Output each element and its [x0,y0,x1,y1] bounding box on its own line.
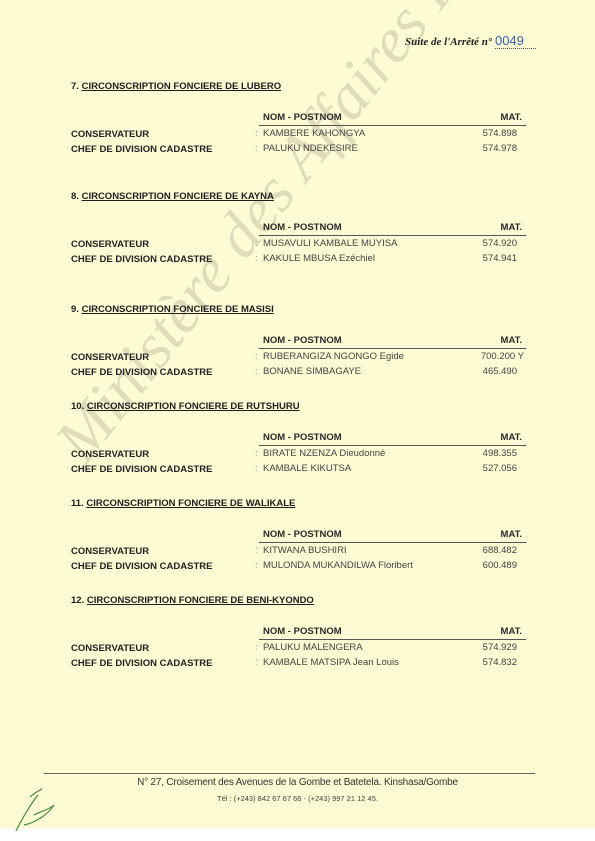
section-title: 9. CIRCONSCRIPTION FONCIERE DE MASISI [71,304,526,318]
section-title: 8. CIRCONSCRIPTION FONCIERE DE KAYNA [71,191,526,205]
table-header: NOM - POSTNOM MAT. [71,529,526,543]
table-row: CHEF DE DIVISION CADASTRE : KAMBALE MATS… [71,655,526,670]
column-header-mat: MAT. [501,432,522,443]
section-rutshuru: 10. CIRCONSCRIPTION FONCIERE DE RUTSHURU… [71,401,526,476]
column-header-name: NOM - POSTNOM [263,529,342,540]
table-row: CHEF DE DIVISION CADASTRE : BONANE SIMBA… [71,364,526,379]
signature-icon [8,775,68,835]
column-header-mat: MAT. [501,529,522,540]
table-row: CONSERVATEUR : RUBERANGIZA NGONGO Egide … [71,349,526,364]
section-title: 7. CIRCONSCRIPTION FONCIERE DE LUBERO [71,81,526,95]
column-header-mat: MAT. [501,335,522,346]
table-row: CONSERVATEUR : KAMBERE KAHONGYA 574.898 [71,126,526,141]
section-beni-kyondo: 12. CIRCONSCRIPTION FONCIERE DE BENI-KYO… [71,595,526,670]
reference-number: 0049 [495,33,536,49]
table-row: CHEF DE DIVISION CADASTRE : PALUKU NDEKE… [71,141,526,156]
table-row: CHEF DE DIVISION CADASTRE : MULONDA MUKA… [71,558,526,573]
column-header-name: NOM - POSTNOM [263,432,342,443]
section-title: 10. CIRCONSCRIPTION FONCIERE DE RUTSHURU [71,401,526,415]
page-bottom-margin [0,828,595,841]
section-title: 11. CIRCONSCRIPTION FONCIERE DE WALIKALE [71,498,526,512]
table-header: NOM - POSTNOM MAT. [71,432,526,446]
column-header-name: NOM - POSTNOM [263,222,342,233]
table-header: NOM - POSTNOM MAT. [71,335,526,349]
section-kayna: 8. CIRCONSCRIPTION FONCIERE DE KAYNA NOM… [71,191,526,266]
section-lubero: 7. CIRCONSCRIPTION FONCIERE DE LUBERO NO… [71,81,526,156]
table-row: CONSERVATEUR : KITWANA BUSHIRI 688.482 [71,543,526,558]
column-header-mat: MAT. [501,222,522,233]
table-header: NOM - POSTNOM MAT. [71,112,526,126]
arrete-reference: Suite de l'Arrêté n° 0049 [405,33,536,48]
column-header-mat: MAT. [501,112,522,123]
column-header-name: NOM - POSTNOM [263,626,342,637]
footer-phone: Tél : (+243) 842 67 67 66 - (+243) 997 2… [0,794,595,803]
table-header: NOM - POSTNOM MAT. [71,626,526,640]
column-header-mat: MAT. [501,626,522,637]
section-walikale: 11. CIRCONSCRIPTION FONCIERE DE WALIKALE… [71,498,526,573]
column-header-name: NOM - POSTNOM [263,112,342,123]
table-row: CHEF DE DIVISION CADASTRE : KAMBALE KIKU… [71,461,526,476]
table-row: CONSERVATEUR : MUSAVULI KAMBALE MUYISA 5… [71,236,526,251]
table-row: CHEF DE DIVISION CADASTRE : KAKULE MBUSA… [71,251,526,266]
table-header: NOM - POSTNOM MAT. [71,222,526,236]
reference-label: Suite de l'Arrêté n° [405,36,492,48]
column-header-name: NOM - POSTNOM [263,335,342,346]
table-row: CONSERVATEUR : PALUKU MALENGERA 574.929 [71,640,526,655]
section-masisi: 9. CIRCONSCRIPTION FONCIERE DE MASISI NO… [71,304,526,379]
footer-rule [44,773,535,774]
section-title: 12. CIRCONSCRIPTION FONCIERE DE BENI-KYO… [71,595,526,609]
table-row: CONSERVATEUR : BIRATE NZENZA Dieudonné 4… [71,446,526,461]
footer-address: N° 27, Croisement des Avenues de la Gomb… [0,777,595,788]
